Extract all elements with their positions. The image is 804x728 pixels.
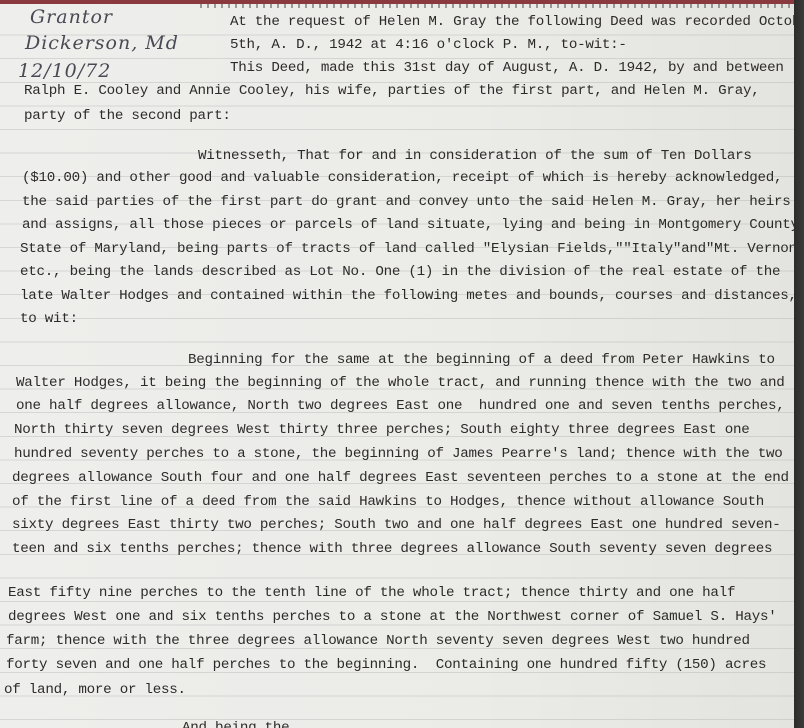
- text-line: At the request of Helen M. Gray the foll…: [230, 14, 804, 30]
- text-line: North thirty seven degrees West thirty t…: [14, 422, 750, 438]
- text-line: sixty degrees East thirty two perches; S…: [12, 517, 781, 533]
- text-line: of the first line of a deed from the sai…: [12, 494, 764, 510]
- text-line: late Walter Hodges and contained within …: [20, 288, 797, 304]
- text-line: Beginning for the same at the beginning …: [188, 352, 775, 368]
- text-line: and assigns, all those pieces or parcels…: [22, 217, 799, 233]
- text-line: the said parties of the first part do gr…: [22, 194, 791, 210]
- text-line: 5th, A. D., 1942 at 4:16 o'clock P. M., …: [230, 37, 627, 53]
- text-line: degrees allowance South four and one hal…: [12, 470, 789, 486]
- text-line: hundred seventy perches to a stone, the …: [14, 446, 783, 462]
- text-line: ($10.00) and other good and valuable con…: [22, 170, 782, 186]
- page-right-edge: [794, 0, 804, 728]
- margin-note-grantor: Grantor: [30, 6, 113, 28]
- text-line: etc., being the lands described as Lot N…: [20, 264, 780, 280]
- text-line: Witnesseth, That for and in consideratio…: [198, 148, 752, 164]
- text-line: one half degrees allowance, North two de…: [16, 398, 785, 414]
- margin-note-location: Dickerson, Md: [25, 32, 179, 54]
- text-line: This Deed, made this 31st day of August,…: [230, 60, 784, 76]
- margin-note-date: 12/10/72: [18, 60, 111, 82]
- text-line: farm; thence with the three degrees allo…: [6, 633, 750, 649]
- text-line: of land, more or less.: [4, 682, 186, 698]
- text-line: Walter Hodges, it being the beginning of…: [16, 375, 785, 391]
- text-line: degrees West one and six tenths perches …: [8, 609, 777, 625]
- page-top-ticks: [200, 4, 804, 8]
- text-line: State of Maryland, being parts of tracts…: [20, 241, 804, 257]
- text-line: teen and six tenths perches; thence with…: [12, 541, 772, 557]
- text-line: East fifty nine perches to the tenth lin…: [8, 585, 735, 601]
- text-line: to wit:: [20, 311, 78, 327]
- text-line: forty seven and one half perches to the …: [6, 657, 766, 673]
- text-line: party of the second part:: [24, 108, 231, 124]
- text-line: And being the: [182, 720, 289, 728]
- text-line: Ralph E. Cooley and Annie Cooley, his wi…: [24, 83, 760, 99]
- deed-page: Grantor Dickerson, Md 12/10/72 At the re…: [0, 0, 794, 728]
